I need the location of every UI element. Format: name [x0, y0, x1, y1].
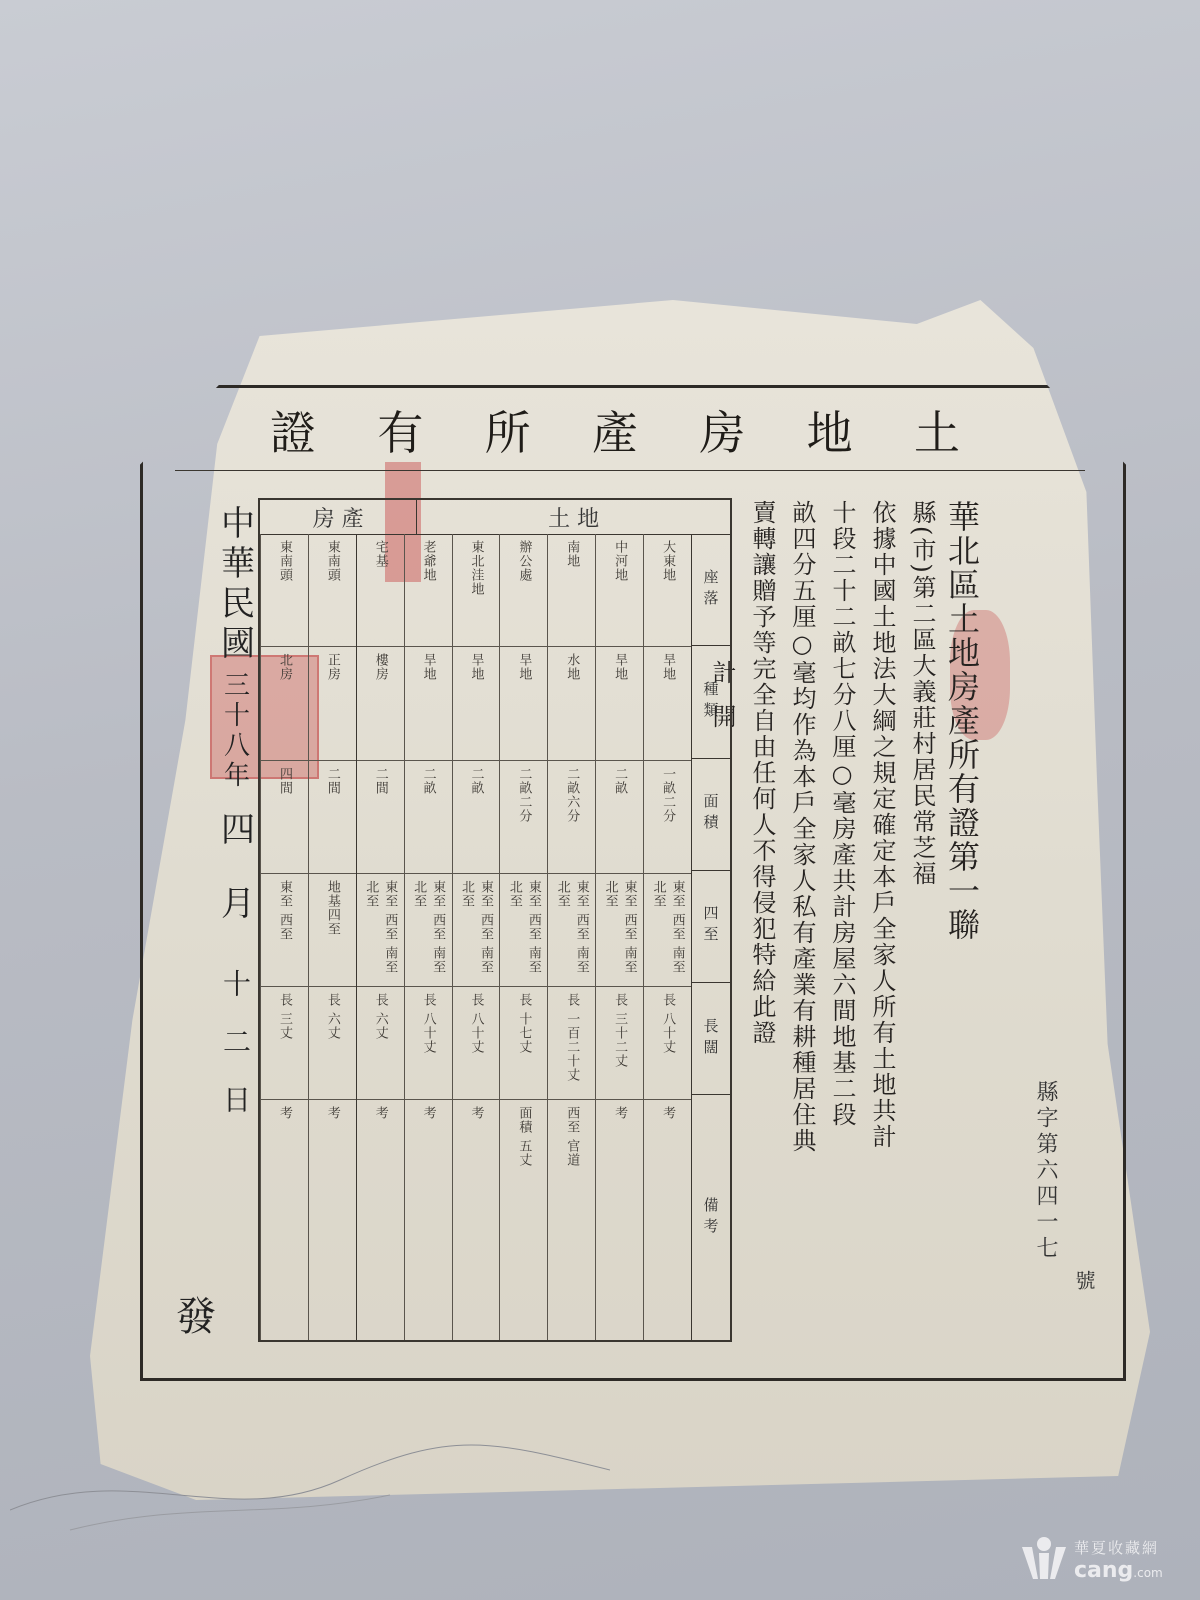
row-label: 面積 — [692, 759, 730, 871]
table-cell: 東至 西至 南至 北至 — [596, 874, 643, 987]
table-cell: 東至 西至 — [261, 874, 308, 987]
table-column: 大東地 旱地 一畝二分 東至 西至 南至 北至 長 八十丈 考 — [643, 534, 691, 1340]
body-line: 縣(市)第二區大義莊村居民常芝福 — [904, 500, 940, 1220]
table-cell: 大東地 — [644, 534, 691, 647]
certificate-body: 華北區土地房產所有證第一聯 縣(市)第二區大義莊村居民常芝福 依據中國土地法大綱… — [730, 500, 980, 1220]
issue-mark: 發 — [176, 1285, 216, 1342]
watermark-logo-icon — [1020, 1535, 1068, 1585]
table-cell: 東至 西至 南至 北至 — [453, 874, 500, 987]
table-cell: 東北洼地 — [453, 534, 500, 647]
table-cell: 二畝二分 — [500, 761, 547, 874]
serial-suffix: 號 — [1070, 1270, 1099, 1290]
title-char: 地 — [807, 397, 853, 463]
table-cell: 長 六丈 — [309, 987, 356, 1100]
table-body: 座落 種類 面積 四至 長闊 備考 大東地 旱地 一畝二分 東至 西至 南至 北… — [260, 534, 730, 1340]
table-cell: 東南頭 — [309, 534, 356, 647]
date-era: 中華民國 — [211, 505, 260, 665]
table-header: 土 地 房 產 — [260, 500, 730, 535]
table-cell: 面積 五丈 — [500, 1100, 547, 1340]
date-year: 三十八年 — [217, 671, 254, 791]
table-cell: 東至 西至 南至 北至 — [644, 874, 691, 987]
table-cell: 考 — [596, 1100, 643, 1340]
title-char: 證 — [270, 397, 316, 463]
title-char: 所 — [485, 397, 531, 463]
table-cell: 長 八十丈 — [453, 987, 500, 1100]
table-cell: 二畝 — [405, 761, 452, 874]
body-line: 依據中國土地法大綱之規定確定本戶全家人所有土地共計 — [864, 500, 900, 1220]
table-cell: 長 十七丈 — [500, 987, 547, 1100]
table-cell: 老爺地 — [405, 534, 452, 647]
row-label: 座落 — [692, 534, 730, 646]
table-cell: 二畝 — [596, 761, 643, 874]
watermark-cn: 華夏收藏網 — [1074, 1537, 1163, 1558]
title-char: 有 — [377, 397, 423, 463]
table-cell: 旱地 — [405, 647, 452, 760]
title-char: 房 — [699, 397, 745, 463]
serial-number: 六四一七 — [1033, 1158, 1058, 1262]
property-table: 土 地 房 產 座落 種類 面積 四至 長闊 備考 大東地 旱地 一畝二分 東至… — [258, 498, 732, 1342]
table-cell: 二間 — [357, 761, 404, 874]
table-cell: 正房 — [309, 647, 356, 760]
table-column: 宅基 樓房 二間 東至 西至 南至 北至 長 六丈 考 — [356, 534, 404, 1340]
table-cell: 水地 — [548, 647, 595, 760]
body-line: 畝四分五厘○毫均作為本戶全家人私有產業有耕種居住典 — [784, 500, 820, 1220]
table-cell: 東至 西至 南至 北至 — [500, 874, 547, 987]
table-cell: 長 六丈 — [357, 987, 404, 1100]
issue-date: 中華民國 三十八年 四月 十二日 — [205, 505, 265, 1365]
table-cell: 考 — [453, 1100, 500, 1340]
table-column: 東北洼地 旱地 二畝 東至 西至 南至 北至 長 八十丈 考 — [452, 534, 500, 1340]
table-cell: 二畝 — [453, 761, 500, 874]
table-cell: 四間 — [261, 761, 308, 874]
table-cell: 西至 官道 — [548, 1100, 595, 1340]
title-char: 土 — [914, 397, 960, 463]
row-label: 長闊 — [692, 983, 730, 1095]
table-cell: 中河地 — [596, 534, 643, 647]
table-cell: 地基四至 — [309, 874, 356, 987]
table-cell: 長 八十丈 — [644, 987, 691, 1100]
row-label: 四至 — [692, 871, 730, 983]
row-label: 備考 — [692, 1095, 730, 1340]
loose-thread — [10, 1400, 610, 1540]
table-cell: 考 — [261, 1100, 308, 1340]
table-cell: 東至 西至 南至 北至 — [548, 874, 595, 987]
table-cell: 考 — [405, 1100, 452, 1340]
table-cell: 二間 — [309, 761, 356, 874]
table-cell: 旱地 — [596, 647, 643, 760]
table-cell: 旱地 — [500, 647, 547, 760]
table-cell: 長 三十二丈 — [596, 987, 643, 1100]
watermark: 華夏收藏網 cang.com — [1020, 1530, 1190, 1590]
certificate-title: 土 地 房 產 所 有 證 — [270, 395, 960, 465]
table-column: 老爺地 旱地 二畝 東至 西至 南至 北至 長 八十丈 考 — [404, 534, 452, 1340]
header-house: 房 產 — [260, 500, 417, 534]
date-day: 十二日 — [215, 969, 255, 1143]
table-cell: 考 — [357, 1100, 404, 1340]
table-cell: 考 — [644, 1100, 691, 1340]
table-cell: 南地 — [548, 534, 595, 647]
table-cell: 北房 — [261, 647, 308, 760]
table-cell: 考 — [309, 1100, 356, 1340]
table-cell: 長 三丈 — [261, 987, 308, 1100]
table-cell: 一畝二分 — [644, 761, 691, 874]
row-label: 種類 — [692, 646, 730, 758]
header-land: 土 地 — [417, 500, 730, 534]
table-column: 辦公處 旱地 二畝二分 東至 西至 南至 北至 長 十七丈 面積 五丈 — [499, 534, 547, 1340]
serial-label: 縣字第六四一七 — [1030, 1080, 1061, 1262]
table-column: 東南頭 正房 二間 地基四至 長 六丈 考 — [308, 534, 356, 1340]
table-cell: 辦公處 — [500, 534, 547, 647]
table-column: 南地 水地 二畝六分 東至 西至 南至 北至 長 一百二十丈 西至 官道 — [547, 534, 595, 1340]
table-cell: 樓房 — [357, 647, 404, 760]
body-heading: 華北區土地房產所有證第一聯 — [944, 500, 980, 1220]
table-column: 東南頭 北房 四間 東至 西至 長 三丈 考 — [260, 534, 308, 1340]
table-cell: 東至 西至 南至 北至 — [357, 874, 404, 987]
date-month: 四月 — [211, 811, 260, 959]
table-cell: 二畝六分 — [548, 761, 595, 874]
title-divider — [175, 470, 1085, 471]
watermark-en: cang.com — [1074, 1558, 1163, 1583]
table-cell: 東至 西至 南至 北至 — [405, 874, 452, 987]
table-cell: 長 一百二十丈 — [548, 987, 595, 1100]
title-char: 產 — [592, 397, 638, 463]
table-cell: 東南頭 — [261, 534, 308, 647]
table-cell: 旱地 — [644, 647, 691, 760]
row-labels: 座落 種類 面積 四至 長闊 備考 — [691, 534, 730, 1340]
body-line: 十段二十二畝七分八厘○毫房產共計房屋六間地基二段 — [824, 500, 860, 1220]
table-cell: 宅基 — [357, 534, 404, 647]
table-cell: 旱地 — [453, 647, 500, 760]
table-cell: 長 八十丈 — [405, 987, 452, 1100]
table-column: 中河地 旱地 二畝 東至 西至 南至 北至 長 三十二丈 考 — [595, 534, 643, 1340]
body-line: 賣轉讓贈予等完全自由任何人不得侵犯特給此證 — [744, 500, 780, 1220]
